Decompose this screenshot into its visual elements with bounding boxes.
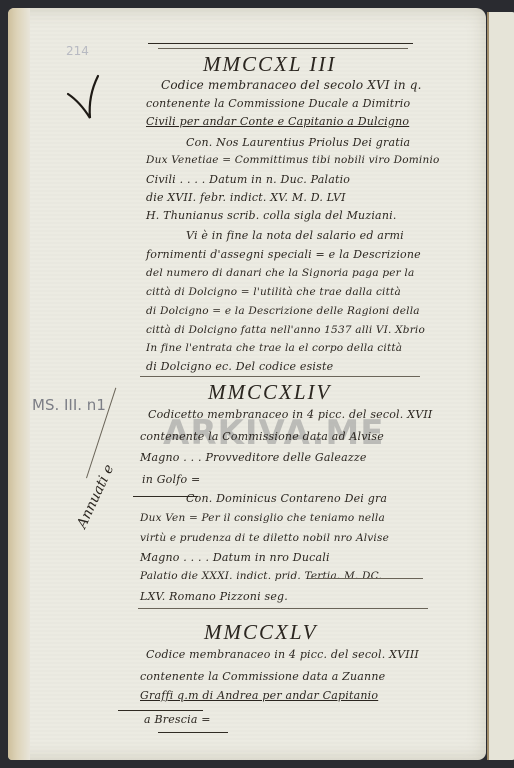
text-rule <box>308 578 423 579</box>
text-line: città di Dolcigno = l'utilità che trae d… <box>146 286 401 298</box>
text-line: contenente la Commissione Ducale a Dimit… <box>146 97 410 110</box>
text-line: Vi è in fine la nota del salario ed armi <box>186 229 404 242</box>
text-line: H. Thunianus scrib. colla sigla del Muzi… <box>146 209 397 222</box>
text-line: Codice membranaceo in 4 picc. del secol.… <box>146 648 419 661</box>
text-line: del numero di danari che la Signoria pag… <box>146 267 414 279</box>
text-line: Dux Ven = Per il consiglio che teniamo n… <box>140 512 385 524</box>
text-line: Magno . . . . Datum in nro Ducali <box>140 551 330 564</box>
text-line: Con. Dominicus Contareno Dei gra <box>186 492 387 505</box>
text-line: die XVII. febr. indict. XV. M. D. LVI <box>146 191 346 204</box>
margin-note: Annuati e <box>74 462 117 531</box>
text-rule <box>118 710 203 711</box>
text-line: Con. Nos Laurentius Priolus Dei gratia <box>186 136 410 149</box>
text-line: di Dolcigno ec. Del codice esiste <box>146 360 333 373</box>
text-line: Palatio die XXXI. indict. prid. Tertia. … <box>140 570 382 582</box>
text-line: Codicetto membranaceo in 4 picc. del sec… <box>148 408 432 421</box>
text-rule <box>158 732 228 733</box>
text-line: contenente la Commissione data a Zuanne <box>140 670 385 683</box>
entry-numeral: MMCCXLV <box>204 620 318 645</box>
text-line: Codice membranaceo del secolo XVI in q. <box>161 78 422 92</box>
entry-numeral: MMCCXLIV <box>208 380 331 405</box>
text-line: In fine l'entrata che trae la el corpo d… <box>146 342 402 354</box>
text-line: contenente la Commissione data ad Alvise <box>140 430 384 443</box>
faint-pencil-number: 214 <box>66 44 89 58</box>
manuscript-page: 214 MMCCXL III Codice membranaceo del se… <box>8 8 486 760</box>
adjacent-page-edge <box>487 12 514 760</box>
text-line: Civili per andar Conte e Capitanio a Dul… <box>146 115 409 128</box>
page-spine-edge <box>8 8 30 760</box>
text-line: a Brescia = <box>144 713 211 726</box>
shelfmark-pencil: MS. III. n1 <box>32 396 106 414</box>
section-rule <box>140 376 420 377</box>
text-line: fornimenti d'assegni speciali = e la Des… <box>146 248 421 261</box>
text-line: LXV. Romano Pizzoni seg. <box>140 590 288 603</box>
text-line: in Golfo = <box>142 473 200 486</box>
section-rule <box>158 48 408 49</box>
text-line: di Dolcigno = e la Descrizione delle Rag… <box>146 305 420 317</box>
text-line: Magno . . . Provveditore delle Galeazze <box>140 451 367 464</box>
section-rule <box>148 43 413 44</box>
section-rule <box>138 608 428 609</box>
checkmark-icon <box>66 74 106 130</box>
entry-numeral: MMCCXL III <box>203 52 336 77</box>
text-line: virtù e prudenza di te diletto nobil nro… <box>140 532 389 544</box>
text-line: città di Dolcigno fatta nell'anno 1537 a… <box>146 324 425 336</box>
text-line: Dux Venetiae = Committimus tibi nobili v… <box>146 154 440 166</box>
text-line: Graffi q.m di Andrea per andar Capitanio <box>140 689 378 702</box>
text-line: Civili . . . . Datum in n. Duc. Palatio <box>146 173 350 186</box>
